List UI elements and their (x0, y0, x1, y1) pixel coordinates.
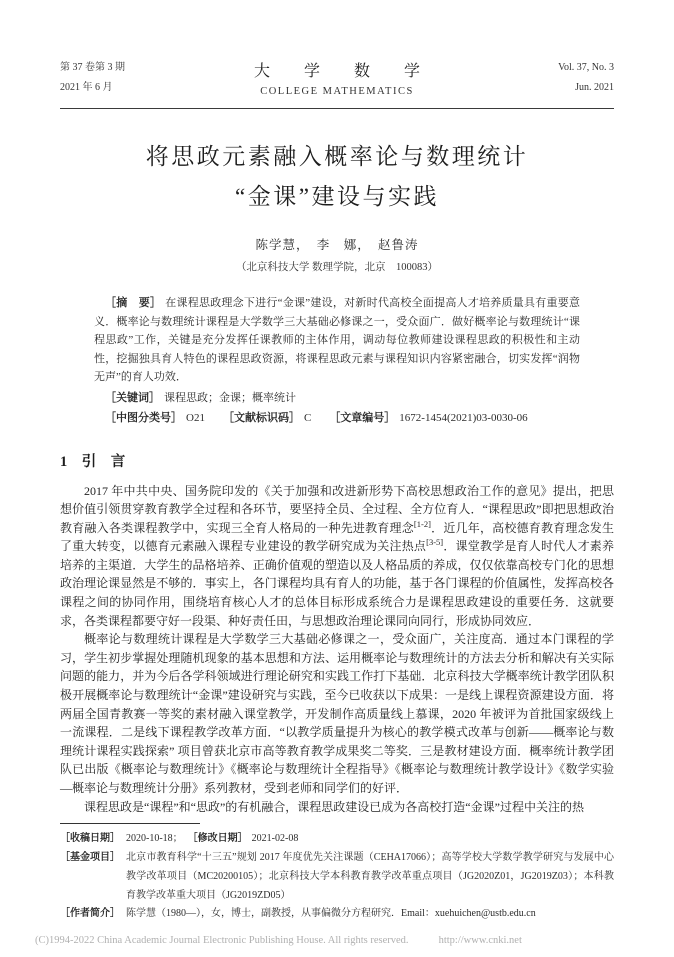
section-heading: 1 引 言 (60, 450, 614, 471)
journal-volume-block: Vol. 37, No. 3 Jun. 2021 (494, 58, 614, 98)
journal-title-block: 大 学 数 学 COLLEGE MATHEMATICS (180, 58, 494, 97)
citation-ref-2: [3-5] (426, 537, 443, 547)
journal-issue-cn: 第 37 卷第 3 期 (60, 58, 180, 78)
keywords-label: ［关键词］ (105, 392, 160, 404)
journal-header: 第 37 卷第 3 期 2021 年 6 月 大 学 数 学 COLLEGE M… (60, 58, 614, 109)
doc-code-value: C (304, 412, 311, 424)
footnotes: ［收稿日期］2020-10-18；［修改日期］2021-02-08 ［基金项目］… (60, 830, 614, 924)
fund-label: ［基金项目］ (60, 849, 120, 868)
clc-value: O21 (186, 412, 205, 424)
cnki-copyright-bar: (C)1994-2022 China Academic Journal Elec… (35, 935, 639, 946)
classification-line: ［中图分类号］O21［文献标识码］C［文章编号］1672-1454(2021)0… (94, 409, 580, 428)
affiliation: （北京科技大学 数理学院，北京 100083） (60, 259, 614, 274)
clc-label: ［中图分类号］ (105, 412, 182, 424)
author-bio-label: ［作者简介］ (60, 905, 120, 924)
authors: 陈学慧， 李 娜， 赵鲁涛 (60, 235, 614, 253)
article-id-label: ［文章编号］ (329, 412, 395, 424)
footnote-dates: ［收稿日期］2020-10-18；［修改日期］2021-02-08 (60, 830, 614, 849)
received-date-label: ［收稿日期］ (60, 830, 120, 849)
journal-title-cn: 大 学 数 学 (189, 58, 494, 81)
journal-issue-block: 第 37 卷第 3 期 2021 年 6 月 (60, 58, 180, 98)
revised-date-label: ［修改日期］ (193, 833, 248, 844)
copyright-text: (C)1994-2022 China Academic Journal Elec… (35, 935, 409, 946)
footnote-author-bio: ［作者简介］陈学慧（1980—），女，博士，副教授，从事偏微分方程研究．Emai… (60, 905, 614, 924)
keywords-line: ［关键词］课程思政；金课；概率统计 (94, 389, 580, 408)
journal-volume-en: Vol. 37, No. 3 (494, 58, 614, 78)
article-title: 将思政元素融入概率论与数理统计 “金课”建设与实践 (60, 137, 614, 217)
abstract-label: ［摘 要］ (105, 297, 161, 309)
cnki-url: http://www.cnki.net (439, 935, 522, 946)
paper-page: 第 37 卷第 3 期 2021 年 6 月 大 学 数 学 COLLEGE M… (0, 0, 674, 957)
body-paragraph-1: 2017 年中共中央、国务院印发的《关于加强和改进新形势下高校思想政治工作的意见… (60, 482, 614, 631)
abstract-block: ［摘 要］在课程思政理念下进行“金课”建设，对新时代高校全面提高人才培养质量具有… (94, 294, 580, 428)
abstract-text: 在课程思政理念下进行“金课”建设，对新时代高校全面提高人才培养质量具有重要意义．… (94, 297, 580, 383)
journal-title-en: COLLEGE MATHEMATICS (180, 86, 494, 97)
abstract-paragraph: ［摘 要］在课程思政理念下进行“金课”建设，对新时代高校全面提高人才培养质量具有… (94, 294, 580, 387)
body-paragraph-3: 课程思政是“课程”和“思政”的有机融合，课程思政建设已成为各高校打造“金课”过程… (60, 798, 614, 817)
article-title-line2: “金课”建设与实践 (60, 177, 614, 217)
footnote-divider (60, 823, 200, 824)
revised-date-value: 2021-02-08 (252, 833, 299, 844)
footnote-fund: ［基金项目］北京市教育科学“十三五”规划 2017 年度优先关注课题（CEHA1… (60, 849, 614, 905)
author-bio-text: 陈学慧（1980—），女，博士，副教授，从事偏微分方程研究．Email：xueh… (126, 908, 536, 919)
body-paragraph-2: 概率论与数理统计课程是大学数学三大基础必修课之一，受众面广，关注度高．通过本门课… (60, 630, 614, 797)
keywords-text: 课程思政；金课；概率统计 (164, 392, 296, 404)
article-title-line1: 将思政元素融入概率论与数理统计 (60, 137, 614, 177)
journal-date-cn: 2021 年 6 月 (60, 78, 180, 98)
journal-date-en: Jun. 2021 (494, 78, 614, 98)
article-id-value: 1672-1454(2021)03-0030-06 (399, 412, 527, 424)
fund-text: 北京市教育科学“十三五”规划 2017 年度优先关注课题（CEHA17066）；… (126, 852, 614, 901)
doc-code-label: ［文献标识码］ (223, 412, 300, 424)
received-date-value: 2020-10-18； (126, 833, 183, 844)
citation-ref-1: [1-2] (414, 519, 431, 529)
